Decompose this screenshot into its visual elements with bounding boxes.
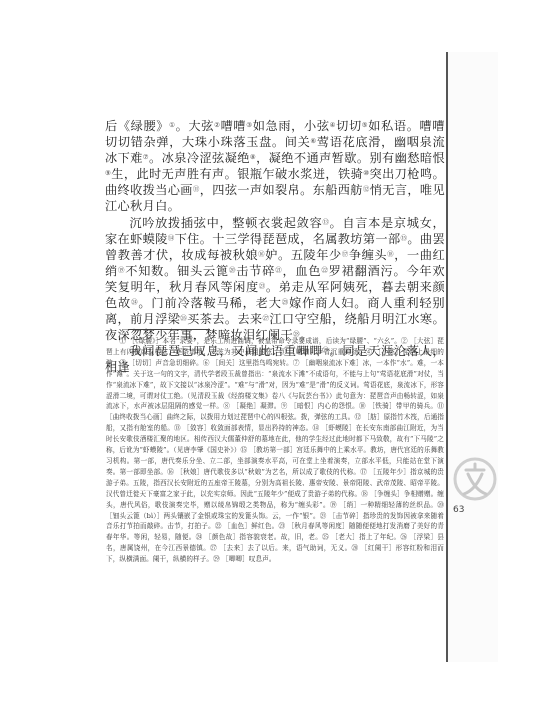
- footnote-marker: ⑥: [310, 137, 316, 145]
- footnote-marker: ㉒: [321, 266, 328, 274]
- footnote-marker: ㉑: [275, 266, 282, 274]
- footnote-marker: ⑫: [363, 185, 370, 193]
- footnote-marker: ⑩: [363, 169, 369, 177]
- footnote-marker: ㉗: [262, 314, 269, 322]
- footnote-marker: ㉕: [282, 298, 289, 306]
- footnote-marker: ⑰: [342, 250, 349, 258]
- footnote-marker: ①: [169, 121, 175, 129]
- footnote-marker: ⑪: [193, 185, 200, 193]
- page-edge-line: [446, 52, 448, 662]
- footnote-marker: ②: [214, 121, 220, 129]
- footnote-paragraph: ① ［《绿腰》］本名“录要”，是乐工所进曲调，被皇帝命令录要成谱，后读为“绿腰”…: [106, 336, 444, 565]
- page-number: 63: [453, 505, 464, 515]
- poem-paragraph: 沉吟放拨插弦中，整顿衣裳起敛容⑬。自言本是京城女，家在虾蟆陵⑭下住。十三学得琵琶…: [105, 215, 445, 344]
- footnote-separator: [128, 329, 210, 330]
- page-side-margin: [448, 52, 498, 662]
- footnote-marker: ⑤: [362, 121, 368, 129]
- footnotes: ① ［《绿腰》］本名“录要”，是乐工所进曲调，被皇帝命令录要成谱，后读为“绿腰”…: [106, 336, 444, 565]
- footnote-marker: ⑦: [143, 153, 149, 161]
- footnote-marker: ㉖: [180, 314, 187, 322]
- footnote-marker: ⑬: [322, 218, 329, 226]
- footnote-marker: ⑮: [401, 234, 408, 242]
- footnote-marker: ⑳: [229, 266, 236, 274]
- book-page: 后《绿腰》①。大弦②嘈嘈③如急雨，小弦④切切⑤如私语。嘈嘈切切错杂弹，大珠小珠落…: [0, 0, 550, 711]
- footnote-marker: ⑨: [105, 169, 111, 177]
- footnote-marker: ⑯: [258, 250, 265, 258]
- footnote-marker: ⑲: [118, 266, 125, 274]
- poem-paragraph: 后《绿腰》①。大弦②嘈嘈③如急雨，小弦④切切⑤如私语。嘈嘈切切错杂弹，大珠小珠落…: [105, 118, 445, 215]
- footnote-marker: ⑱: [387, 250, 394, 258]
- footnote-marker: ⑧: [250, 153, 256, 161]
- footnote-marker: ㉓: [259, 282, 266, 290]
- footnote-marker: ⑭: [168, 234, 175, 242]
- footnote-marker: ③: [246, 121, 252, 129]
- footnote-marker: ④: [330, 121, 336, 129]
- publisher-logo-icon: [452, 456, 498, 502]
- footnote-marker: ㉔: [131, 298, 138, 306]
